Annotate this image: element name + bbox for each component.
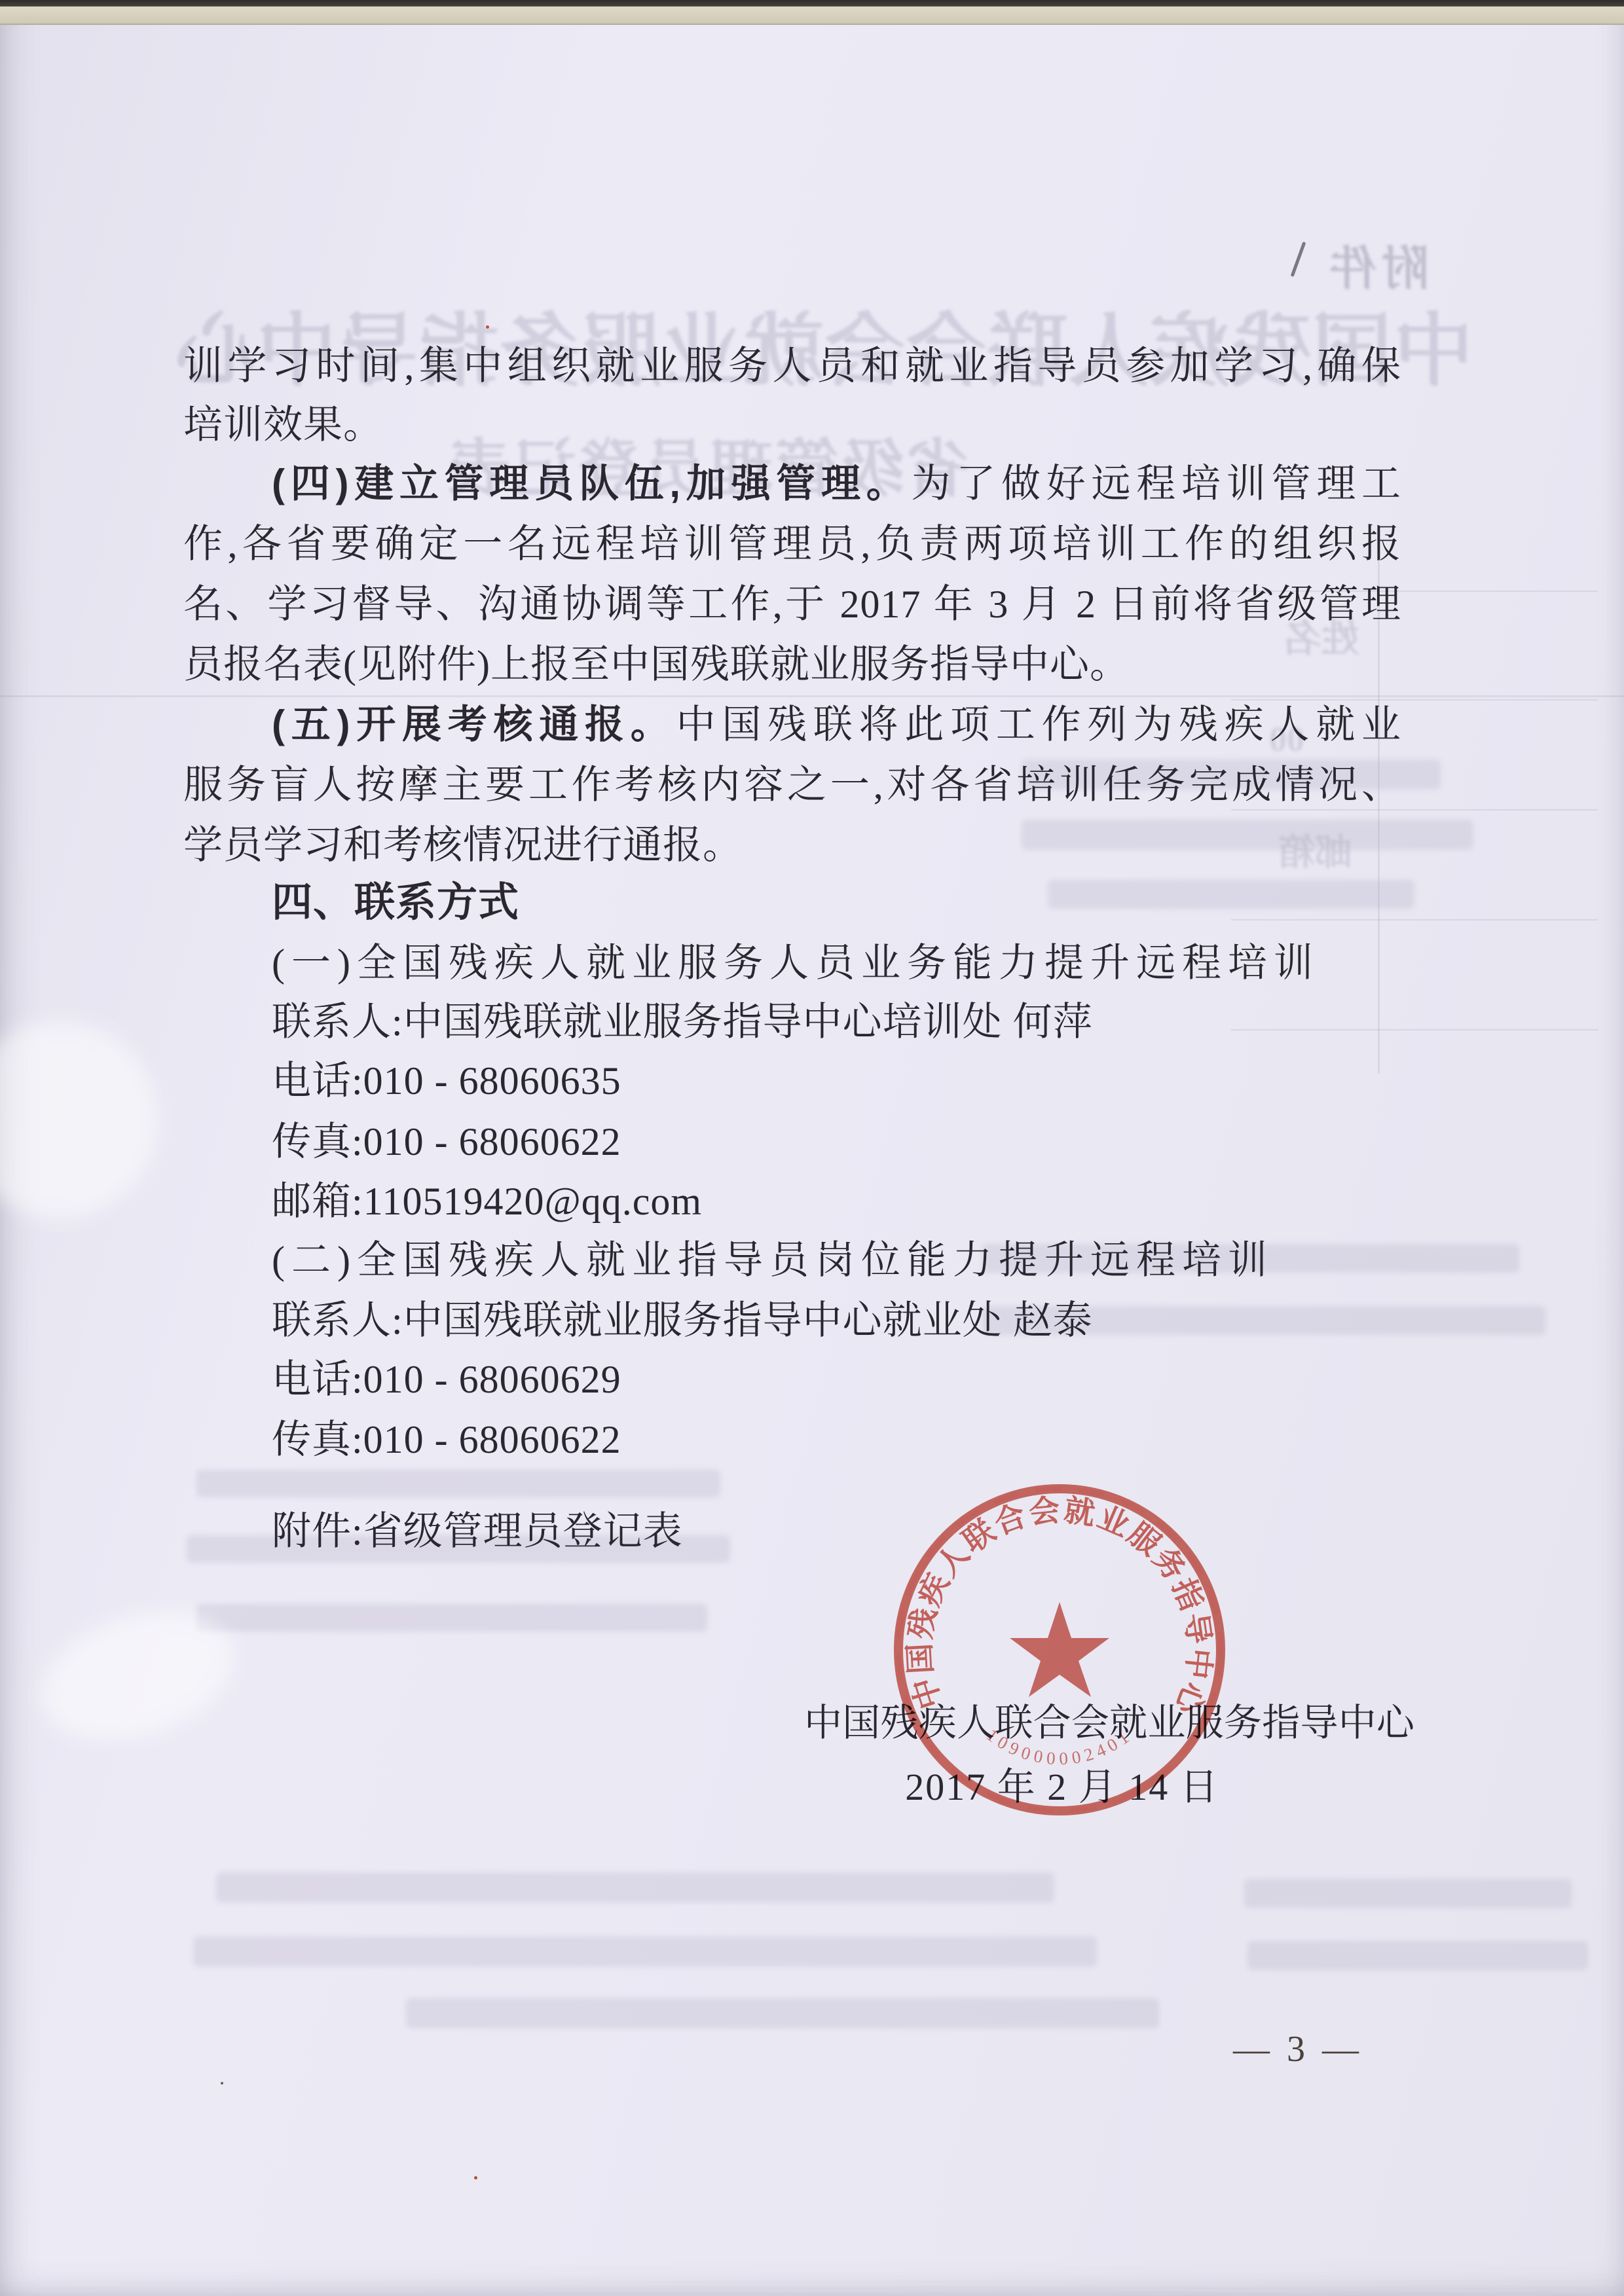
para-5-heading: (五)开展考核通报。 bbox=[272, 702, 676, 746]
svg-text:109000002401: 109000002401 bbox=[983, 1725, 1136, 1769]
para-5-text: 中国残联将此项工作列为残疾人就业 bbox=[676, 703, 1401, 746]
page-number: — 3 — bbox=[1213, 2028, 1383, 2070]
item-2-fax: 传真:010 - 68060622 bbox=[272, 1415, 621, 1465]
para-5-first-line: (五)开展考核通报。中国残联将此项工作列为残疾人就业 bbox=[272, 700, 1401, 750]
item-2-contact: 联系人:中国残联就业服务指导中心就业处 赵泰 bbox=[272, 1296, 1093, 1345]
para-4-first-line: (四)建立管理员队伍,加强管理。为了做好远程培训管理工 bbox=[272, 459, 1401, 509]
ghost-text-bar bbox=[196, 1470, 720, 1497]
seal-star bbox=[1010, 1602, 1109, 1697]
dust-speck bbox=[221, 2082, 223, 2085]
para-4-heading: (四)建立管理员队伍,加强管理。 bbox=[272, 462, 912, 505]
item-1-email: 邮箱:110519420@qq.com bbox=[272, 1176, 702, 1226]
pen-slash-mark bbox=[1291, 242, 1306, 277]
ghost-table-hline bbox=[1231, 1029, 1598, 1030]
section-4-title: 四、联系方式 bbox=[272, 878, 519, 928]
dust-speck bbox=[474, 2176, 477, 2179]
body-line-1: 训学习时间,集中组织就业服务人员和就业指导员参加学习,确保 bbox=[183, 341, 1401, 391]
item-2-title: (二)全国残疾人就业指导员岗位能力提升远程培训 bbox=[272, 1235, 1274, 1285]
item-1-phone: 电话:010 - 68060635 bbox=[272, 1056, 621, 1106]
para-4-text: 为了做好远程培训管理工 bbox=[912, 462, 1401, 505]
attachment-note: 附件:省级管理员登记表 bbox=[272, 1506, 683, 1556]
fold-line bbox=[0, 695, 1624, 697]
ghost-text-bar bbox=[196, 1604, 707, 1631]
scan-top-band bbox=[0, 7, 1624, 25]
ghost-text-bar bbox=[1022, 820, 1473, 850]
seal-code-digits: 109000002401 bbox=[983, 1725, 1136, 1769]
item-2-phone: 电话:010 - 68060629 bbox=[272, 1355, 621, 1404]
item-1-contact: 联系人:中国残联就业服务指导中心培训处 何萍 bbox=[272, 997, 1093, 1047]
body-line-2: 培训效果。 bbox=[183, 400, 383, 450]
scanned-document-page: 中国残疾人联合会就业服务指导中心 省级管理员登记表 附件 姓名 00 邮箱 训学… bbox=[0, 0, 1624, 2296]
ghost-text-bar bbox=[1048, 880, 1414, 909]
ghost-table-hline bbox=[1231, 919, 1598, 920]
official-seal: 中国残疾人联合会就业服务指导中心 109000002401 bbox=[871, 1460, 1251, 1840]
dust-speck bbox=[486, 325, 489, 329]
ghost-text-bar bbox=[406, 1998, 1159, 2028]
ghost-text-bar bbox=[193, 1937, 1097, 1967]
paper-crease bbox=[0, 1003, 175, 1236]
para-5-line-3: 学员学习和考核情况进行通报。 bbox=[183, 820, 743, 870]
ghost-attachment-label: 附件 bbox=[1324, 230, 1429, 299]
ghost-text-bar bbox=[1244, 1879, 1572, 1908]
para-4-line-3: 名、学习督导、沟通协调等工作,于 2017 年 3 月 2 日前将省级管理 bbox=[183, 579, 1401, 629]
item-1-fax: 传真:010 - 68060622 bbox=[272, 1117, 621, 1167]
ghost-text-bar bbox=[1247, 1941, 1588, 1970]
ghost-text-bar bbox=[216, 1872, 1054, 1903]
item-1-title: (一)全国残疾人就业服务人员业务能力提升远程培训 bbox=[272, 938, 1319, 988]
para-5-line-2: 服务盲人按摩主要工作考核内容之一,对各省培训任务完成情况、 bbox=[183, 760, 1401, 810]
para-4-line-4: 员报名表(见附件)上报至中国残联就业服务指导中心。 bbox=[183, 640, 1130, 689]
para-4-line-2: 作,各省要确定一名远程培训管理员,负责两项培训工作的组织报 bbox=[183, 519, 1401, 569]
